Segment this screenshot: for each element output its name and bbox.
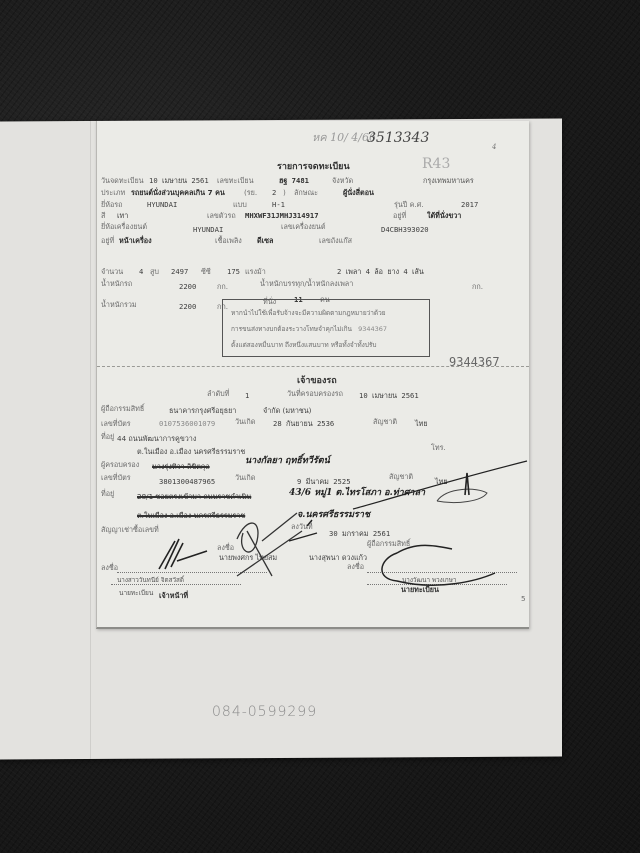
handwritten-phone-number: 084-0599299 xyxy=(212,704,317,720)
page-fold xyxy=(90,121,91,759)
signature-scribbles xyxy=(97,121,529,627)
registration-copy: หค 10/ 4/66 3513343 4 R43 รายการจดทะเบีย… xyxy=(96,121,529,629)
